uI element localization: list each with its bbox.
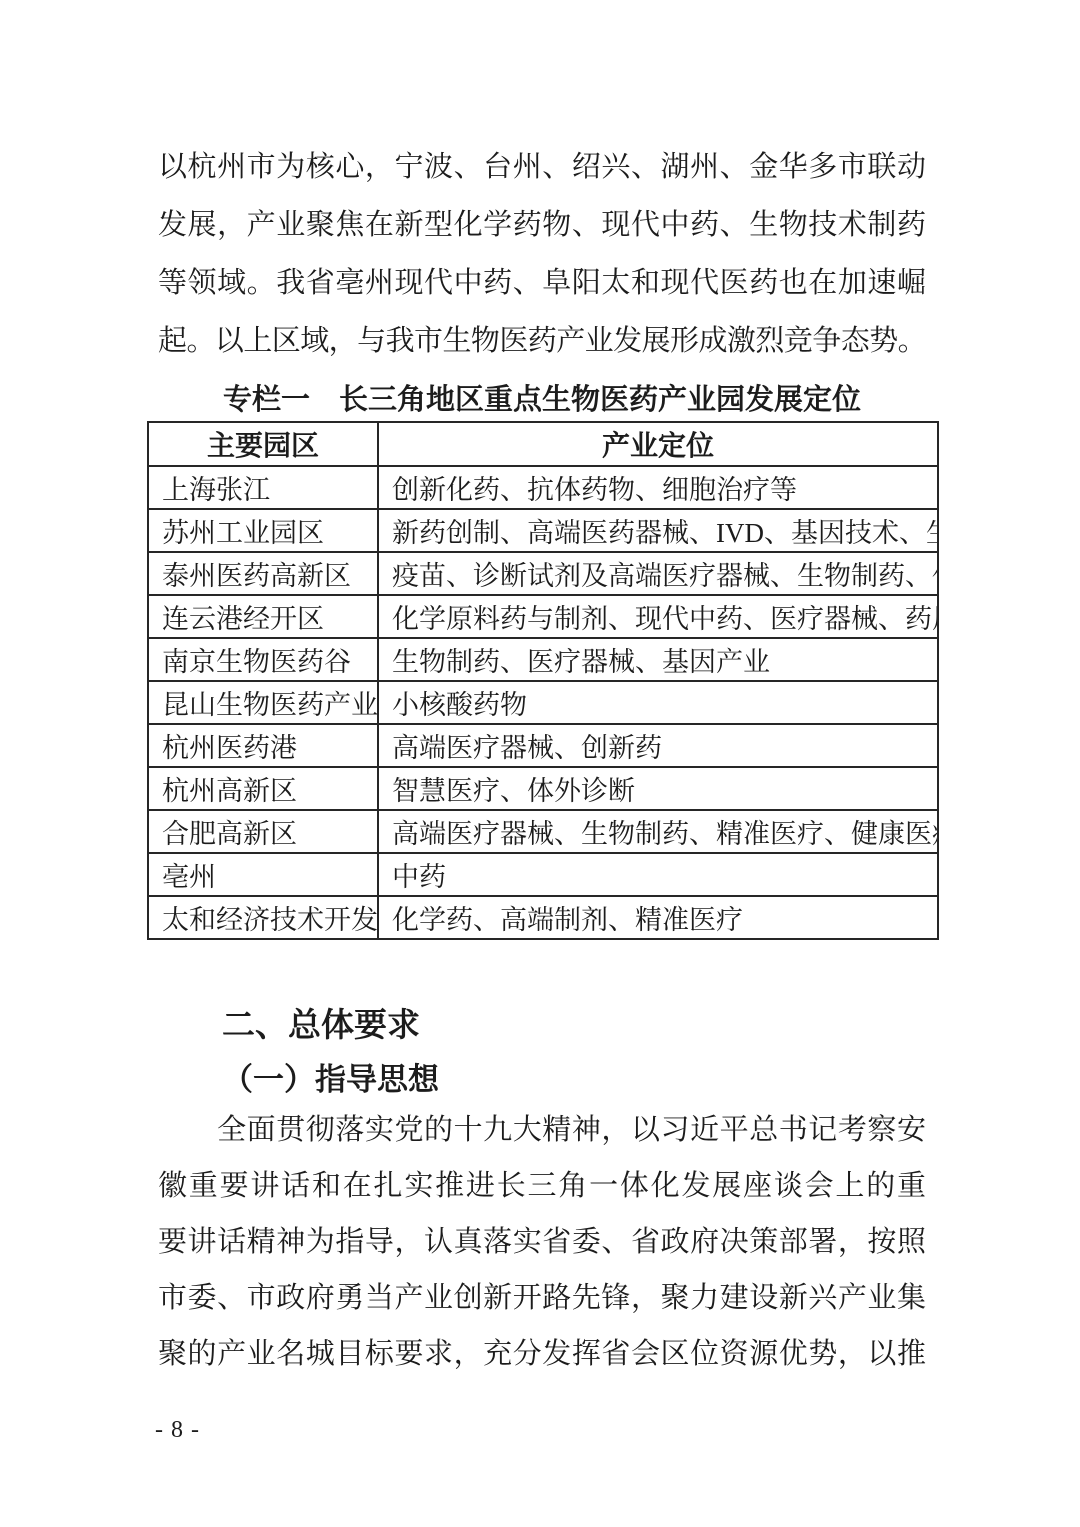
paragraph-line: 全面贯彻落实党的十九大精神，以习近平总书记考察安: [158, 1102, 926, 1158]
table-row: 杭州高新区智慧医疗、体外诊断: [148, 767, 938, 810]
table-row: 泰州医药高新区疫苗、诊断试剂及高端医疗器械、生物制药、化学药新型: [148, 552, 938, 595]
table-row: 昆山生物医药产业园小核酸药物: [148, 681, 938, 724]
park-cell: 泰州医药高新区: [148, 552, 378, 595]
positioning-cell: 生物制药、医疗器械、基因产业: [378, 638, 938, 681]
paragraph-line: 等领域。我省亳州现代中药、阜阳太和现代医药也在加速崛: [158, 254, 926, 312]
positioning-cell: 智慧医疗、体外诊断: [378, 767, 938, 810]
table-row: 亳州中药: [148, 853, 938, 896]
table-row: 连云港经开区化学原料药与制剂、现代中药、医疗器械、药用包材: [148, 595, 938, 638]
column-header-positioning: 产业定位: [378, 422, 938, 466]
paragraph-line: 发展，产业聚焦在新型化学药物、现代中药、生物技术制药: [158, 196, 926, 254]
paragraph-line: 市委、市政府勇当产业创新开路先锋，聚力建设新兴产业集: [158, 1270, 926, 1326]
park-cell: 南京生物医药谷: [148, 638, 378, 681]
positioning-cell: 高端医疗器械、生物制药、精准医疗、健康医疗与大数据: [378, 810, 938, 853]
table-row: 太和经济技术开发区化学药、高端制剂、精准医疗: [148, 896, 938, 939]
column-header-park: 主要园区: [148, 422, 378, 466]
paragraph-line: 聚的产业名城目标要求，充分发挥省会区位资源优势，以推: [158, 1326, 926, 1382]
subsection-heading: （一）指导思想: [222, 1060, 439, 1100]
table-row: 杭州医药港高端医疗器械、创新药: [148, 724, 938, 767]
positioning-cell: 化学原料药与制剂、现代中药、医疗器械、药用包材: [378, 595, 938, 638]
paragraph-line: 徽重要讲话和在扎实推进长三角一体化发展座谈会上的重: [158, 1158, 926, 1214]
positioning-cell: 小核酸药物: [378, 681, 938, 724]
industry-park-table: 主要园区 产业定位 上海张江创新化药、抗体药物、细胞治疗等苏州工业园区新药创制、…: [147, 421, 939, 940]
park-cell: 杭州医药港: [148, 724, 378, 767]
table-row: 南京生物医药谷生物制药、医疗器械、基因产业: [148, 638, 938, 681]
paragraph-guiding: 全面贯彻落实党的十九大精神，以习近平总书记考察安 徽重要讲话和在扎实推进长三角一…: [158, 1102, 926, 1382]
paragraph-line: 以杭州市为核心，宁波、台州、绍兴、湖州、金华多市联动: [158, 138, 926, 196]
table-title: 专栏一 长三角地区重点生物医药产业园发展定位: [147, 379, 937, 421]
positioning-cell: 中药: [378, 853, 938, 896]
paragraph-line: 起。以上区域，与我市生物医药产业发展形成激烈竞争态势。: [158, 312, 926, 370]
park-cell: 合肥高新区: [148, 810, 378, 853]
park-cell: 连云港经开区: [148, 595, 378, 638]
positioning-cell: 新药创制、高端医药器械、IVD、基因技术、生物技术: [378, 509, 938, 552]
positioning-cell: 创新化药、抗体药物、细胞治疗等: [378, 466, 938, 509]
table-row: 上海张江创新化药、抗体药物、细胞治疗等: [148, 466, 938, 509]
park-cell: 昆山生物医药产业园: [148, 681, 378, 724]
park-cell: 上海张江: [148, 466, 378, 509]
park-cell: 苏州工业园区: [148, 509, 378, 552]
document-page: 以杭州市为核心，宁波、台州、绍兴、湖州、金华多市联动 发展，产业聚焦在新型化学药…: [0, 0, 1080, 1527]
industry-park-table-body: 上海张江创新化药、抗体药物、细胞治疗等苏州工业园区新药创制、高端医药器械、IVD…: [148, 466, 938, 939]
table-row: 合肥高新区高端医疗器械、生物制药、精准医疗、健康医疗与大数据: [148, 810, 938, 853]
positioning-cell: 疫苗、诊断试剂及高端医疗器械、生物制药、化学药新型: [378, 552, 938, 595]
table-row: 苏州工业园区新药创制、高端医药器械、IVD、基因技术、生物技术: [148, 509, 938, 552]
paragraph-intro: 以杭州市为核心，宁波、台州、绍兴、湖州、金华多市联动 发展，产业聚焦在新型化学药…: [158, 138, 926, 370]
table-header-row: 主要园区 产业定位: [148, 422, 938, 466]
positioning-cell: 高端医疗器械、创新药: [378, 724, 938, 767]
page-number: - 8 -: [155, 1415, 200, 1445]
paragraph-line: 要讲话精神为指导，认真落实省委、省政府决策部署，按照: [158, 1214, 926, 1270]
park-cell: 亳州: [148, 853, 378, 896]
park-cell: 太和经济技术开发区: [148, 896, 378, 939]
positioning-cell: 化学药、高端制剂、精准医疗: [378, 896, 938, 939]
park-cell: 杭州高新区: [148, 767, 378, 810]
section-heading: 二、总体要求: [222, 1005, 420, 1045]
